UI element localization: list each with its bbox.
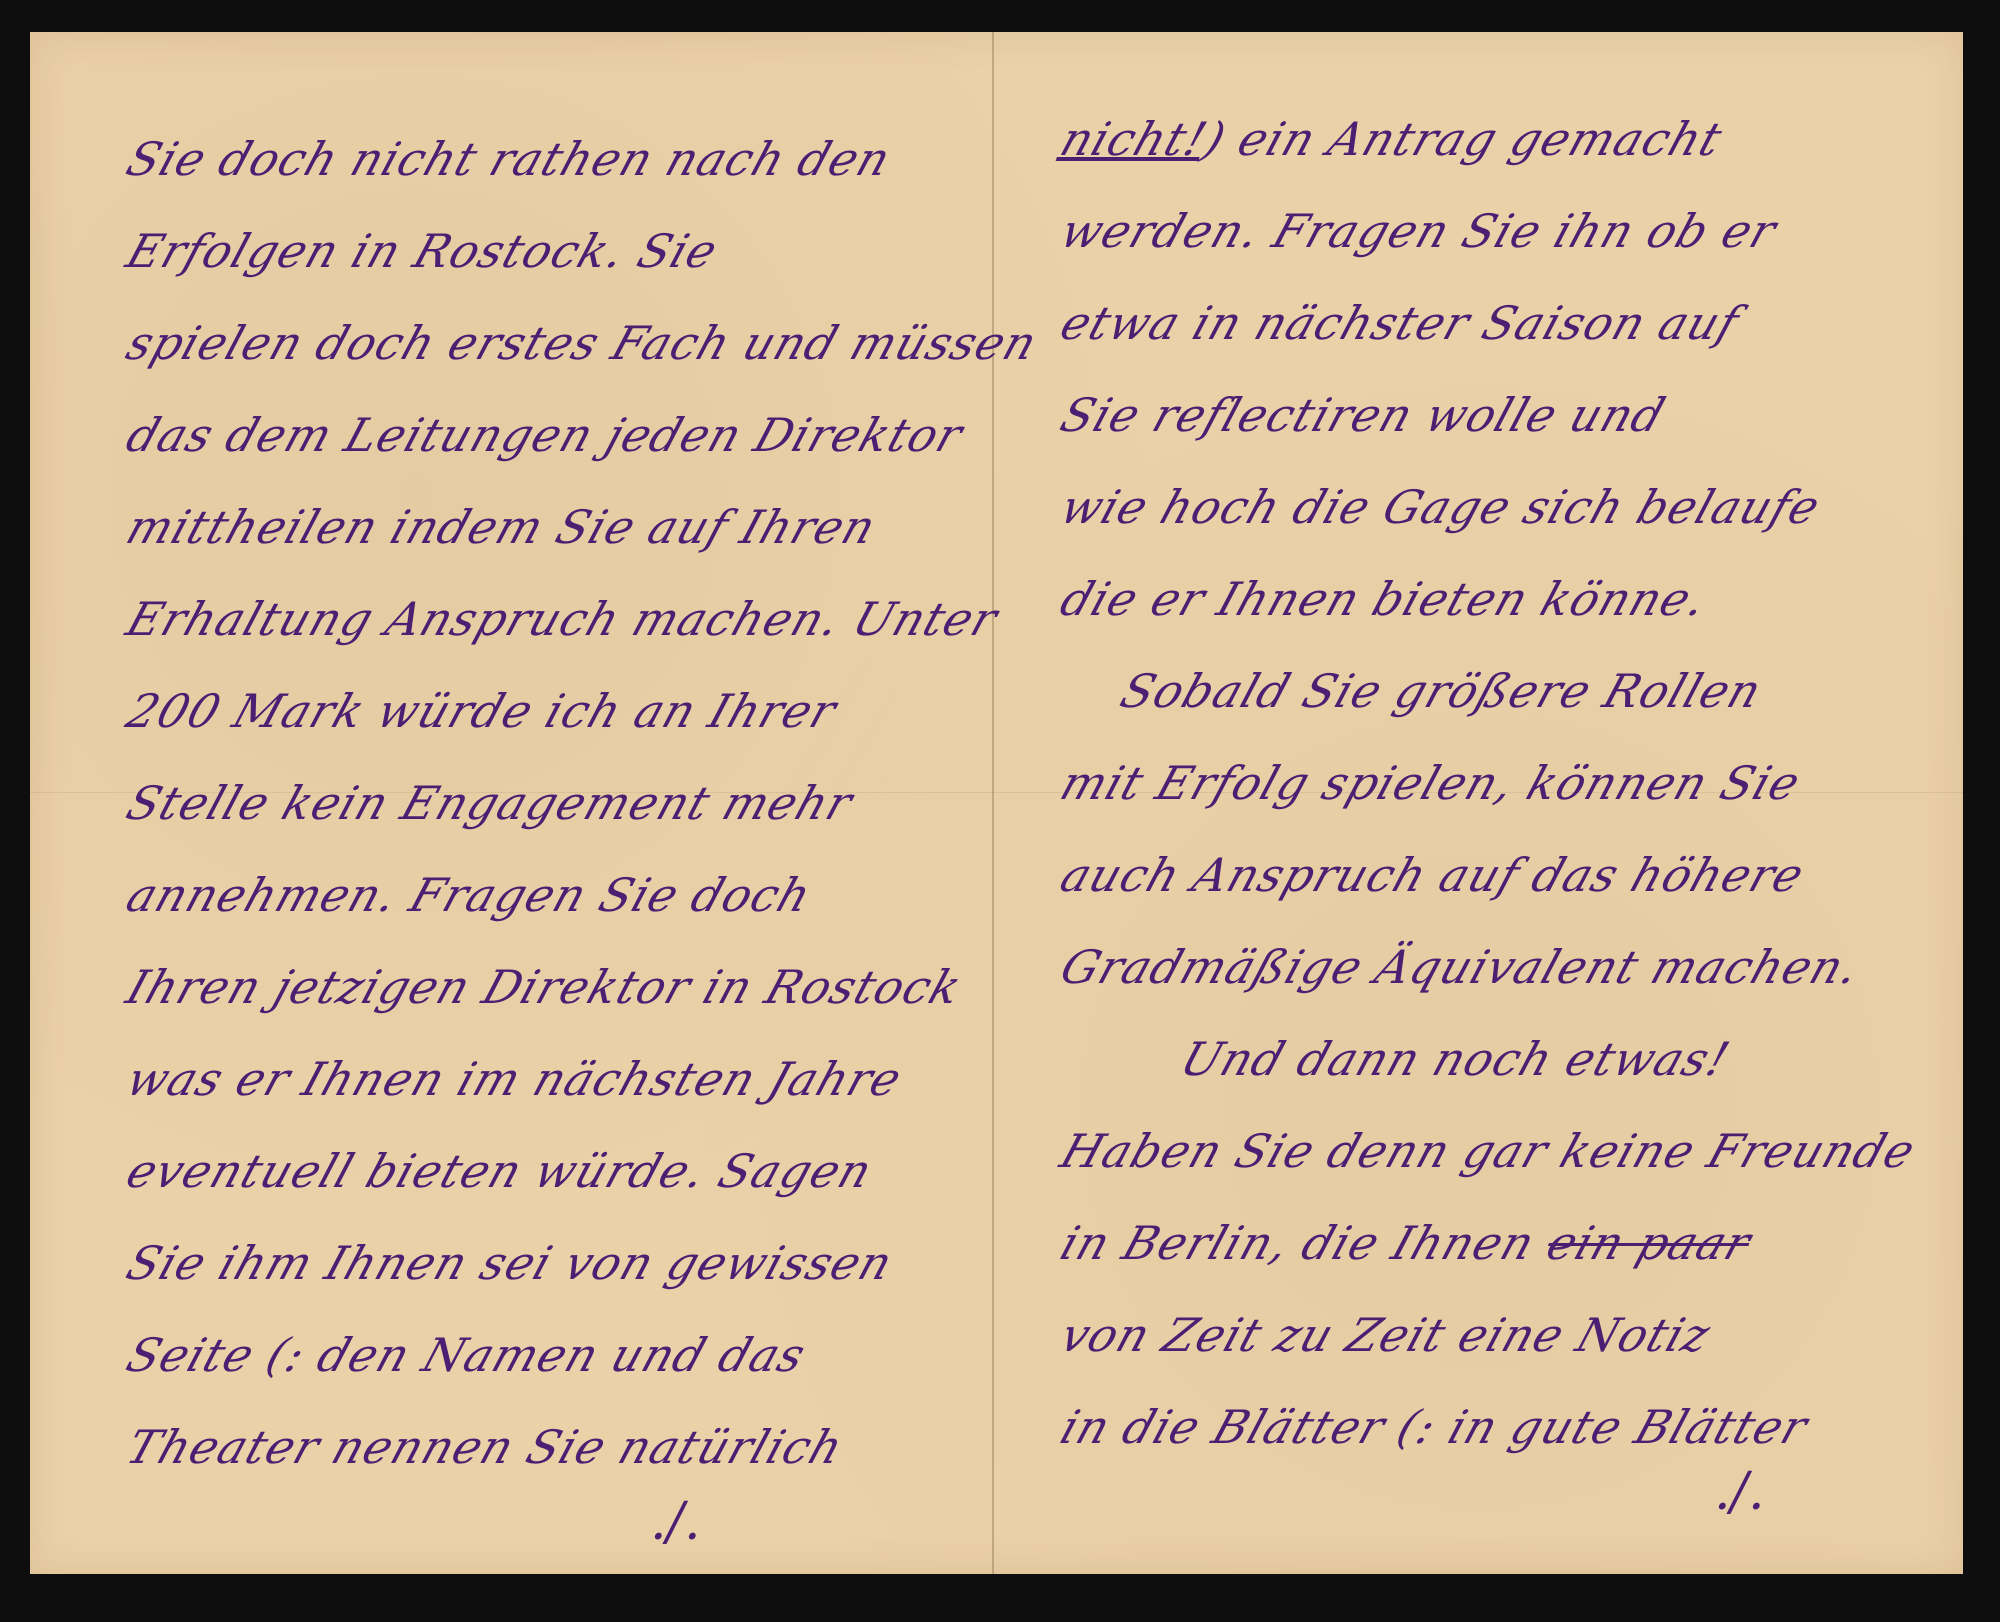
left-line-3: spielen doch erstes Fach und müssen (120, 316, 1044, 370)
left-line-11: was er Ihnen im nächsten Jahre (120, 1052, 909, 1106)
right-line-15: in die Blätter (: in gute Blätter (1054, 1400, 1815, 1454)
right-line-11: Und dann noch etwas! (1174, 1032, 1737, 1086)
left-line-7: 200 Mark würde ich an Ihrer (120, 684, 844, 738)
right-line-3: etwa in nächster Saison auf (1054, 296, 1746, 350)
left-line-14: Seite (: den Namen und das (120, 1328, 813, 1382)
left-line-10: Ihren jetzigen Direktor in Rostock (120, 960, 969, 1014)
letter-paper: Sie doch nicht rathen nach den Erfolgen … (30, 32, 1963, 1574)
left-line-4: das dem Leitungen jeden Direktor (120, 408, 970, 462)
right-page: nicht!) ein Antrag gemacht werden. Frage… (994, 32, 1963, 1574)
right-line-13-text: in Berlin, die Ihnen (1054, 1216, 1542, 1270)
right-line-4: Sie reflectiren wolle und (1054, 388, 1672, 442)
struck-through-words: ein paar (1540, 1216, 1758, 1270)
underlined-word: nicht! (1054, 112, 1214, 166)
left-line-15: Theater nennen Sie natürlich (120, 1420, 850, 1474)
left-page: Sie doch nicht rathen nach den Erfolgen … (30, 32, 992, 1574)
left-line-8: Stelle kein Engagement mehr (120, 776, 860, 830)
right-line-10: Gradmäßige Äquivalent machen. (1054, 940, 1867, 994)
left-line-1: Sie doch nicht rathen nach den (120, 132, 898, 186)
right-line-6: die er Ihnen bieten könne. (1054, 572, 1714, 626)
left-line-13: Sie ihm Ihnen sei von gewissen (120, 1236, 900, 1290)
right-line-1-rest: ) ein Antrag gemacht (1197, 112, 1730, 166)
right-line-9: auch Anspruch auf das höhere (1054, 848, 1811, 902)
right-page-continuation-mark: ./. (1714, 1462, 1765, 1522)
left-line-5: mittheilen indem Sie auf Ihren (120, 500, 883, 554)
right-line-2: werden. Fragen Sie ihn ob er (1054, 204, 1784, 258)
right-line-13: in Berlin, die Ihnen ein paar (1054, 1216, 1758, 1270)
right-line-8: mit Erfolg spielen, können Sie (1054, 756, 1808, 810)
left-page-continuation-mark: ./. (650, 1492, 701, 1552)
right-line-1: nicht!) ein Antrag gemacht (1054, 112, 1729, 166)
left-line-9: annehmen. Fragen Sie doch (120, 868, 819, 922)
left-line-2: Erfolgen in Rostock. Sie (120, 224, 725, 278)
right-line-12: Haben Sie denn gar keine Freunde (1054, 1124, 1922, 1178)
right-line-14: von Zeit zu Zeit eine Notiz (1054, 1308, 1718, 1362)
left-line-6: Erhaltung Anspruch machen. Unter (120, 592, 1005, 646)
left-line-12: eventuell bieten würde. Sagen (120, 1144, 879, 1198)
right-line-5: wie hoch die Gage sich belaufe (1054, 480, 1827, 534)
right-line-7: Sobald Sie größere Rollen (1114, 664, 1769, 718)
